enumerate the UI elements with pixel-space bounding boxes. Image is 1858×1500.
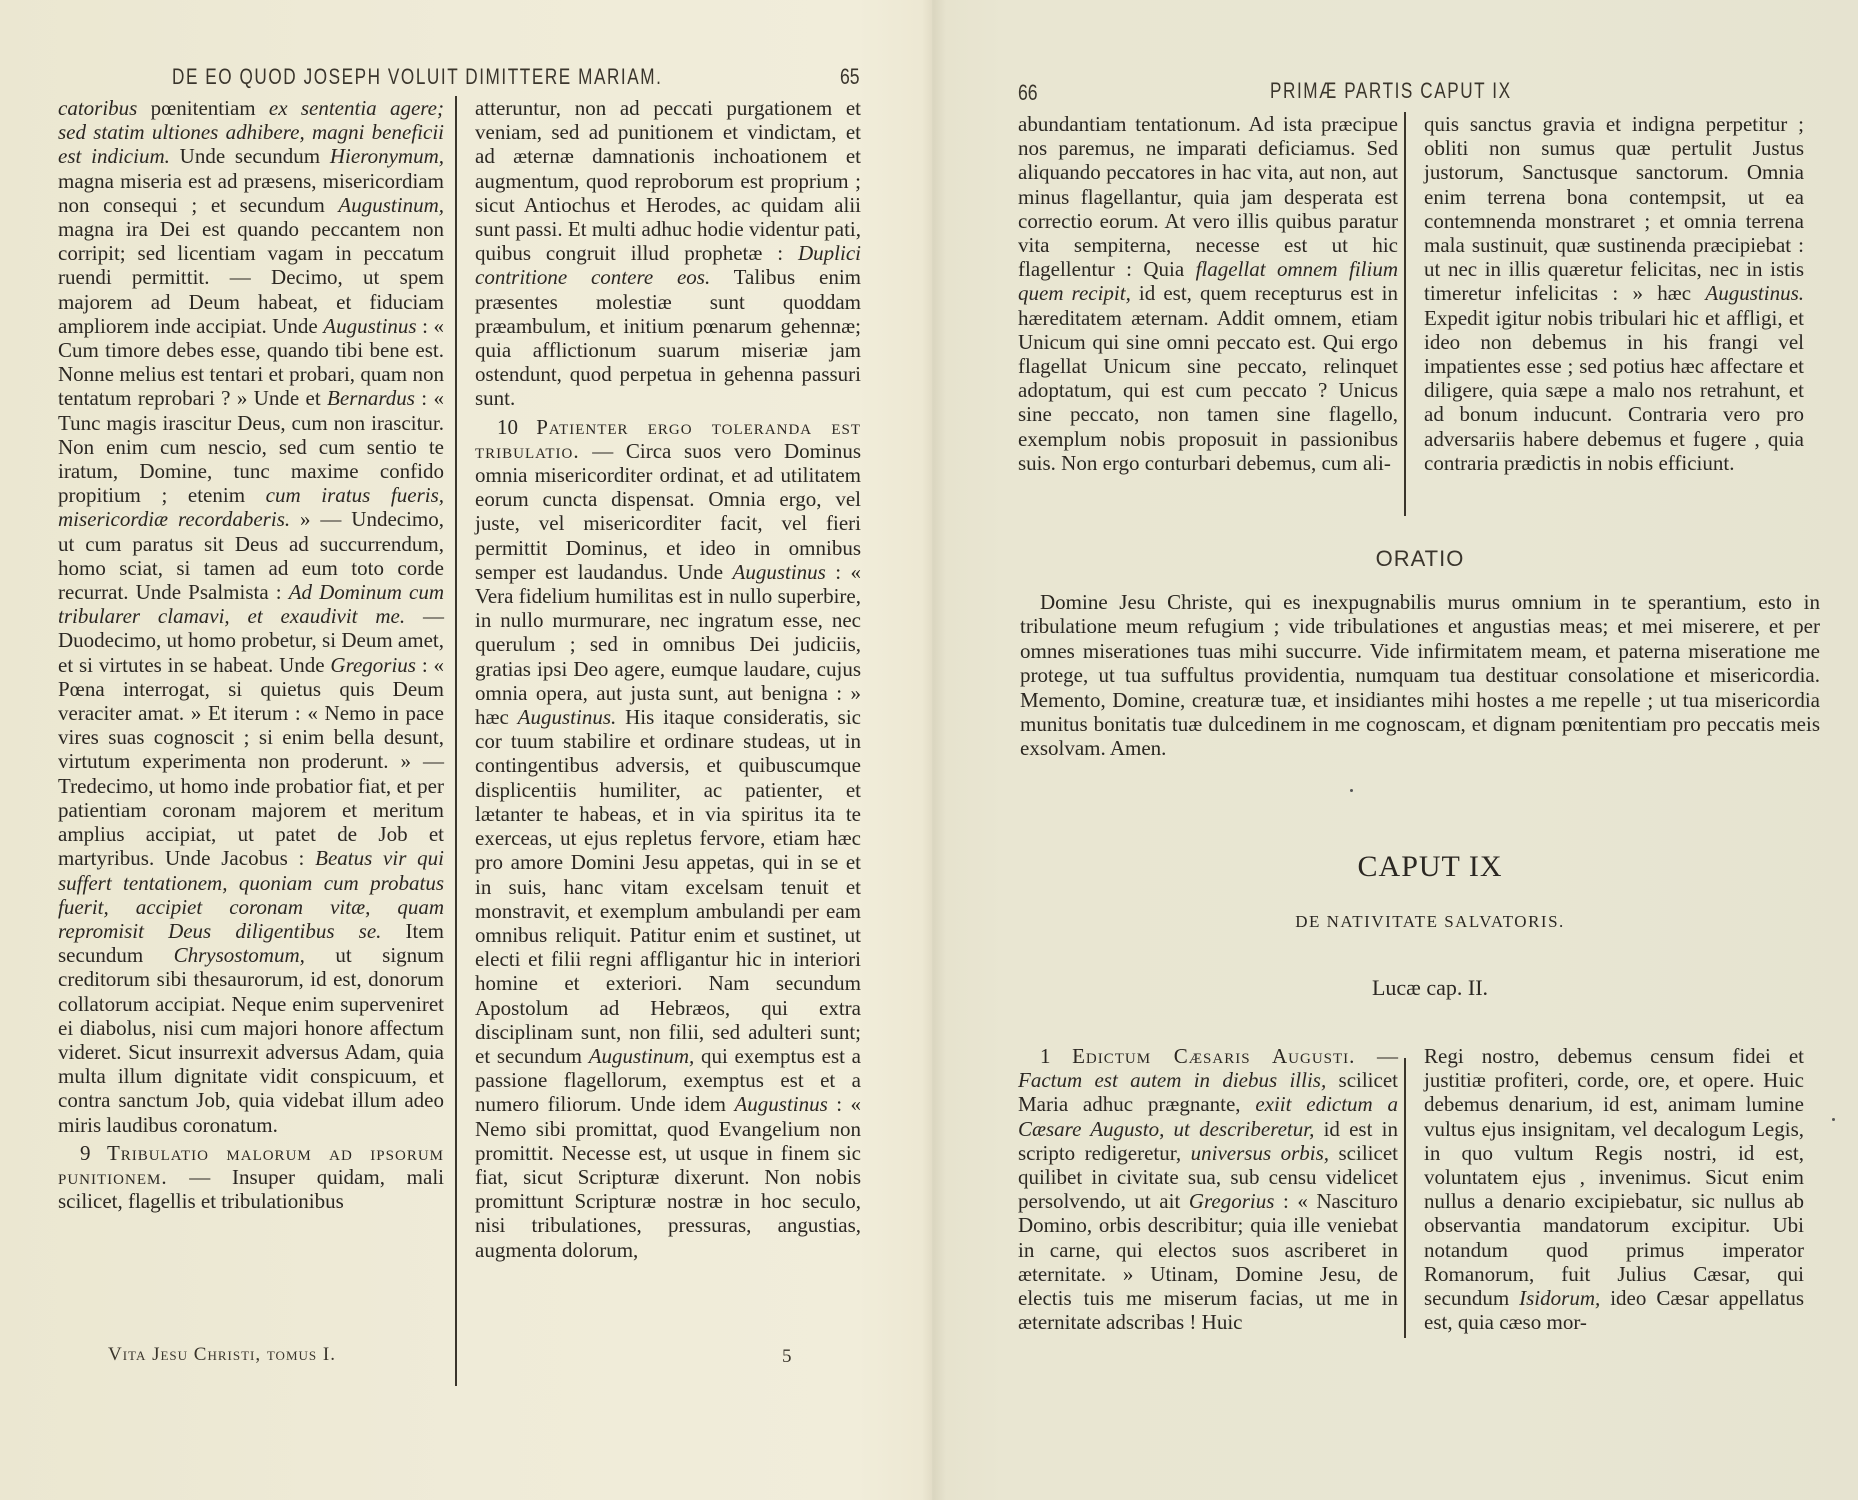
right-page-bottom-column-2: Regi nostro, debemus censum fidei et jus… (1424, 1044, 1804, 1334)
running-head-left: DE EO QUOD JOSEPH VOLUIT DIMITTERE MARIA… (172, 64, 662, 90)
section-number: 1 (1040, 1044, 1051, 1068)
paragraph: catoribus pœnitentiam ex sententia agere… (58, 96, 444, 1137)
left-page-column-2: atteruntur, non ad peccati purgationem e… (475, 96, 861, 1262)
chapter-subtitle: DE NATIVITATE SALVATORIS. (1150, 912, 1710, 932)
right-page-bottom-column-1: 1 Edictum Cæsaris Augusti. — Factum est … (1018, 1044, 1398, 1334)
left-page-column-1: catoribus pœnitentiam ex sententia agere… (58, 96, 444, 1213)
page-gutter (922, 0, 946, 1500)
column-divider (455, 96, 457, 1386)
section-heading: Edictum Cæsaris Augusti. (1072, 1044, 1355, 1068)
paragraph: atteruntur, non ad peccati purgationem e… (475, 96, 861, 411)
running-head-right: PRIMÆ PARTIS CAPUT IX (1270, 78, 1512, 104)
chapter-title: CAPUT IX (1150, 850, 1710, 884)
right-page-top-column-1: abundantiam tentationum. Ad ista præcipu… (1018, 112, 1398, 475)
ornament-dot (1350, 789, 1353, 792)
footer-signature: Vita Jesu Christi, tomus I. (108, 1344, 336, 1366)
right-page-top-column-2: quis sanctus gravia et indigna perpetitu… (1424, 112, 1804, 475)
section-number: 10 (497, 415, 518, 439)
prayer-title: ORATIO (1010, 546, 1830, 572)
footer-sheet-number: 5 (782, 1346, 793, 1368)
ornament-dot (1832, 1118, 1835, 1121)
book-spread: DE EO QUOD JOSEPH VOLUIT DIMITTERE MARIA… (0, 0, 1858, 1500)
page-number-66: 66 (1018, 80, 1038, 106)
section-number: 9 (80, 1141, 91, 1165)
prayer-text: Domine Jesu Christe, qui es inexpugnabil… (1020, 590, 1820, 761)
section-10: 10 Patienter ergo toleranda est tribulat… (475, 415, 861, 1262)
column-divider (1404, 112, 1406, 516)
column-divider (1404, 1058, 1406, 1338)
chapter-scripture-reference: Lucæ cap. II. (1150, 975, 1710, 1001)
section-9: 9 Tribulatio malorum ad ipsorum punition… (58, 1141, 444, 1214)
page-number-65: 65 (840, 64, 860, 90)
